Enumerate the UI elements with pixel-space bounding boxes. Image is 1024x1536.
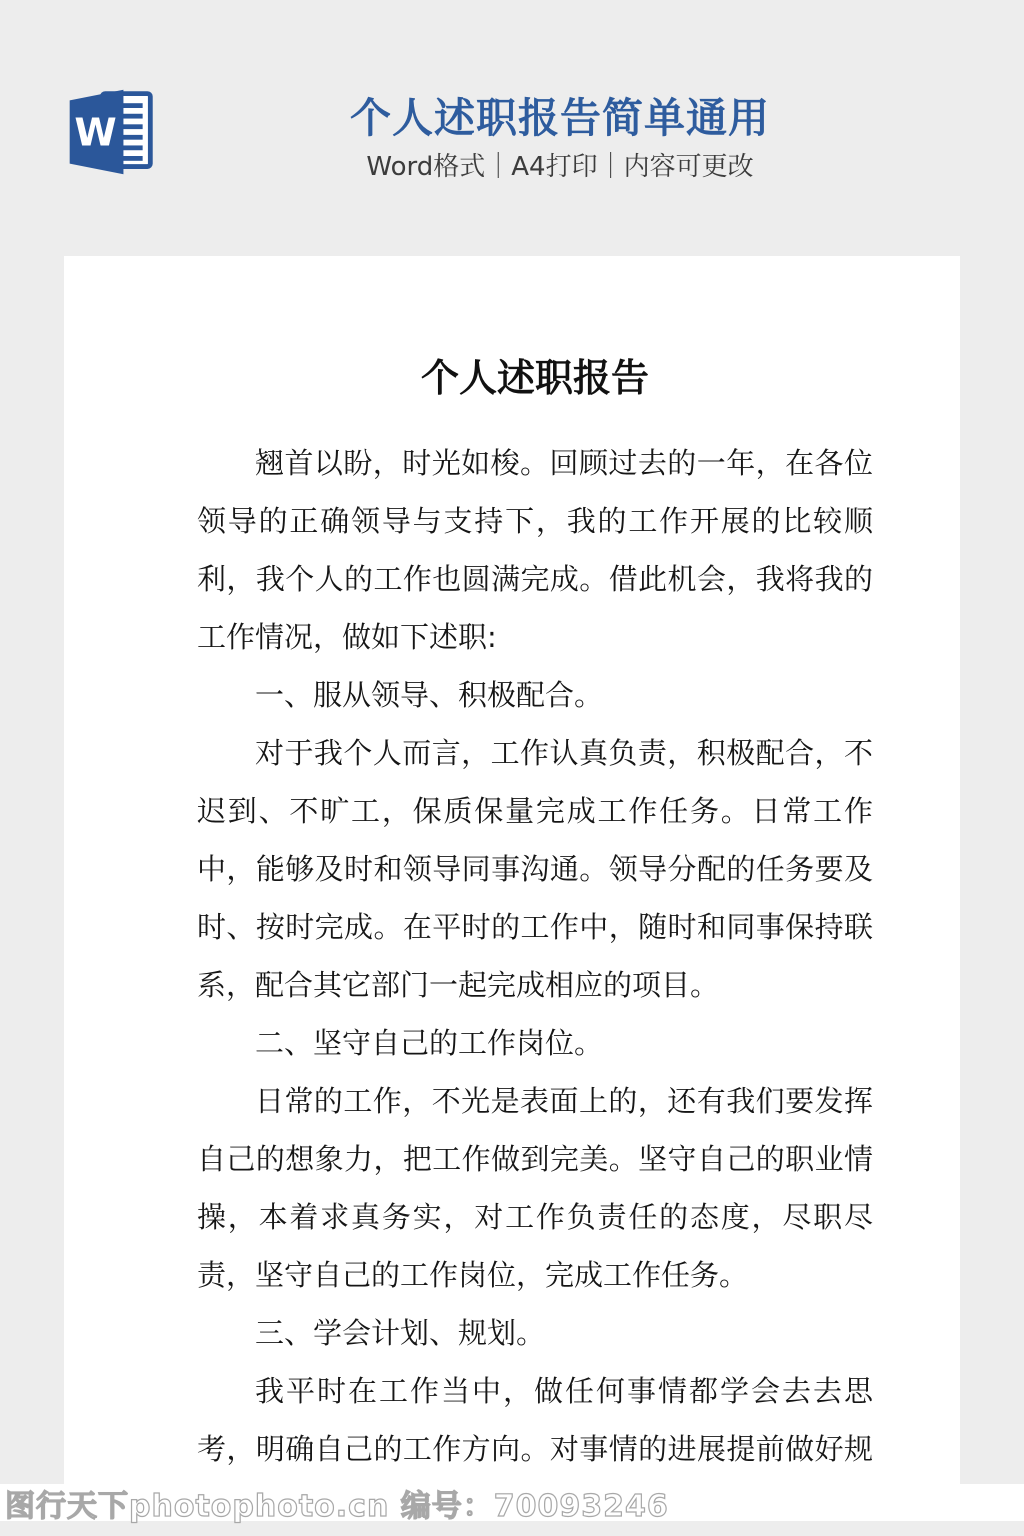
template-subtitle: Word格式｜A4打印｜内容可更改: [96, 152, 1024, 182]
document-paragraph: 对于我个人而言，工作认真负责，积极配合，不迟到、不旷工，保质保量完成工作任务。日…: [197, 724, 873, 1014]
document-page: 个人述职报告 翘首以盼，时光如梭。回顾过去的一年，在各位领导的正确领导与支持下，…: [64, 256, 960, 1521]
header-text-block: 个人述职报告简单通用 Word格式｜A4打印｜内容可更改: [96, 94, 1024, 182]
document-section-heading: 二、坚守自己的工作岗位。: [197, 1014, 873, 1072]
template-preview-page: W 个人述职报告简单通用 Word格式｜A4打印｜内容可更改 个人述职报告 翘首…: [0, 0, 1024, 1536]
document-title: 个人述职报告: [197, 356, 873, 400]
document-section-heading: 一、服从领导、积极配合。: [197, 666, 873, 724]
template-title: 个人述职报告简单通用: [96, 94, 1024, 142]
watermark-band: 图行天下photophoto.cn 编号：70093246: [0, 1484, 1024, 1521]
document-content: 个人述职报告 翘首以盼，时光如梭。回顾过去的一年，在各位领导的正确领导与支持下，…: [64, 256, 960, 1536]
header: W 个人述职报告简单通用 Word格式｜A4打印｜内容可更改: [0, 0, 1024, 256]
document-paragraph: 翘首以盼，时光如梭。回顾过去的一年，在各位领导的正确领导与支持下，我的工作开展的…: [197, 434, 873, 666]
document-section-heading: 三、学会计划、规划。: [197, 1304, 873, 1362]
site-watermark: 图行天下photophoto.cn 编号：70093246: [0, 1481, 669, 1525]
document-paragraph: 日常的工作，不光是表面上的，还有我们要发挥自己的想象力，把工作做到完美。坚守自己…: [197, 1072, 873, 1304]
